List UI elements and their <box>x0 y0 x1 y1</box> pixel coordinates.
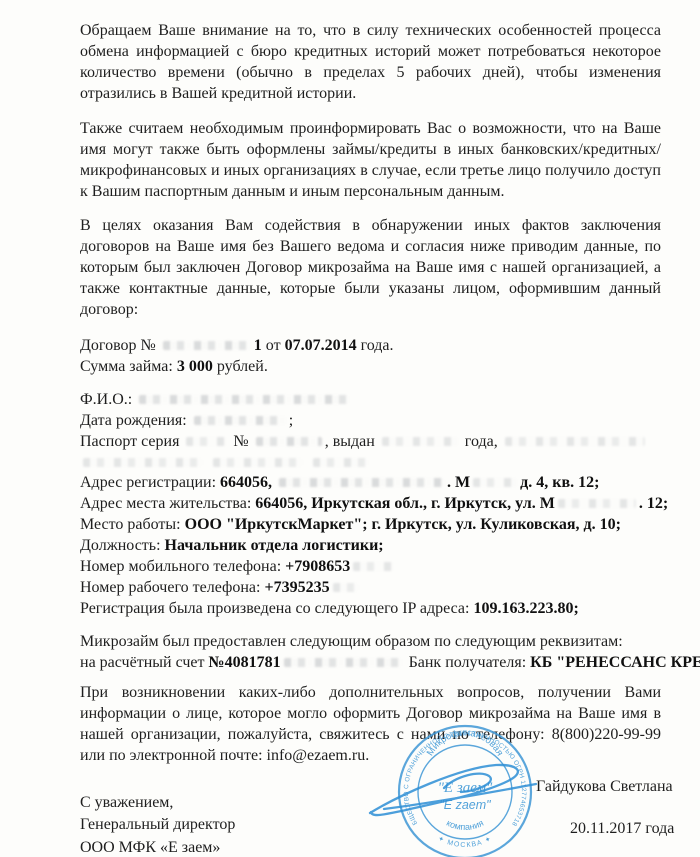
registration-address-line: Адрес регистрации: 664056, . Мд. 4, кв. … <box>80 473 661 494</box>
workplace-label: Место работы: <box>80 516 181 533</box>
mobile-phone-label: Номер мобильного телефона: <box>80 558 281 575</box>
redaction-passport-series <box>186 437 226 446</box>
ip-value: 109.163.223.80; <box>473 600 578 617</box>
contract-date-suffix: года. <box>361 337 394 354</box>
residence-address-value: 664056, Иркутская обл., г. Иркутск, ул. … <box>255 495 555 512</box>
birthdate-tail: ; <box>289 412 293 429</box>
paragraph-assistance-intro: В целях оказания Вам содействия в обнару… <box>80 215 661 320</box>
fio-line: Ф.И.О.: <box>80 390 661 411</box>
passport-goda: года, <box>465 433 498 450</box>
redaction-passport-issue-date <box>382 437 458 446</box>
redaction-work-phone <box>333 583 359 592</box>
redaction-issuer-part2 <box>213 458 303 467</box>
passport-issuer-continuation-line <box>80 453 661 474</box>
birthdate-line: Дата рождения: ; <box>80 411 661 432</box>
redaction-birthdate <box>194 416 286 425</box>
ip-label: Регистрация была произведена со следующе… <box>80 600 469 617</box>
ip-address-line: Регистрация была произведена со следующе… <box>80 599 661 620</box>
contract-date: 07.07.2014 <box>285 337 357 354</box>
contract-preposition: от <box>266 337 281 354</box>
work-phone-label: Номер рабочего телефона: <box>80 579 260 596</box>
contract-number-visible: 1 <box>254 337 262 354</box>
signer-name: Гайдукова Светлана <box>536 778 673 796</box>
residence-address-label: Адрес места жительства: <box>80 495 251 512</box>
account-number-visible: №4081781 <box>208 654 280 671</box>
account-line: на расчётный счет №4081781 Банк получате… <box>80 653 661 674</box>
loan-provision-intro-line: Микрозайм был предоставлен следующим обр… <box>80 632 661 653</box>
registration-house: д. 4, кв. 12; <box>520 474 599 491</box>
position-value: Начальник отдела логистики; <box>165 537 384 554</box>
redaction-fio <box>139 395 349 404</box>
contract-label: Договор № <box>80 337 156 354</box>
work-phone-value: +7395235 <box>264 579 329 596</box>
redaction-issuer-part1 <box>83 458 203 467</box>
redaction-mobile-phone <box>353 562 393 571</box>
birthdate-label: Дата рождения: <box>80 412 187 429</box>
paragraph-other-loans-warning: Также считаем необходимым проинформирова… <box>80 118 661 202</box>
paragraph-credit-history-notice: Обращаем Ваше внимание на то, что в силу… <box>80 20 661 104</box>
passport-label: Паспорт серия <box>80 433 179 450</box>
work-phone-line: Номер рабочего телефона: +7395235 <box>80 578 661 599</box>
passport-line: Паспорт серия № , выдан года, <box>80 432 661 453</box>
registration-address-label: Адрес регистрации: <box>80 474 216 491</box>
stamp-inner-bottom-text: компания <box>445 818 485 832</box>
residence-house: . 12; <box>639 495 668 512</box>
redaction-passport-number <box>256 437 322 446</box>
redaction-residence-street <box>558 499 636 508</box>
sum-label: Сумма займа: <box>80 358 173 375</box>
redaction-contract-number <box>163 341 251 350</box>
redaction-registration-address <box>279 478 444 487</box>
mobile-phone-line: Номер мобильного телефона: +7908653 <box>80 557 661 578</box>
mobile-phone-value: +7908653 <box>285 558 350 575</box>
bank-label: Банк получателя: <box>409 654 527 671</box>
position-line: Должность: Начальник отдела логистики; <box>80 536 661 557</box>
redaction-account-number <box>284 658 402 667</box>
residence-address-line: Адрес места жительства: 664056, Иркутска… <box>80 494 661 515</box>
sum-units: рублей. <box>217 358 268 375</box>
loan-sum-line: Сумма займа: 3 000 рублей. <box>80 357 661 378</box>
redaction-passport-issuer <box>505 437 645 446</box>
workplace-line: Место работы: ООО "ИркутскМаркет"; г. Ир… <box>80 515 661 536</box>
redaction-registration-street <box>473 478 517 487</box>
redaction-issuer-part3 <box>313 458 368 467</box>
registration-zip: 664056, <box>220 474 272 491</box>
registration-street-fragment: . М <box>447 474 470 491</box>
passport-number-sign: № <box>233 433 248 450</box>
passport-issued-label: , выдан <box>325 433 375 450</box>
fio-label: Ф.И.О.: <box>80 391 132 408</box>
document-page: Обращаем Ваше внимание на то, что в силу… <box>0 0 700 857</box>
contract-number-line: Договор № 1 от 07.07.2014 года. <box>80 336 661 357</box>
bank-value: КБ "РЕНЕССАНС КРЕДИТ; <box>530 654 700 671</box>
stamp-city-text: ✦ МОСКВА ✦ <box>437 834 494 849</box>
position-label: Должность: <box>80 537 161 554</box>
signature-date: 20.11.2017 года <box>570 820 674 838</box>
account-label: на расчётный счет <box>80 654 204 671</box>
sum-value: 3 000 <box>177 358 213 375</box>
workplace-value: ООО "ИркутскМаркет"; г. Иркутск, ул. Кул… <box>185 516 621 533</box>
